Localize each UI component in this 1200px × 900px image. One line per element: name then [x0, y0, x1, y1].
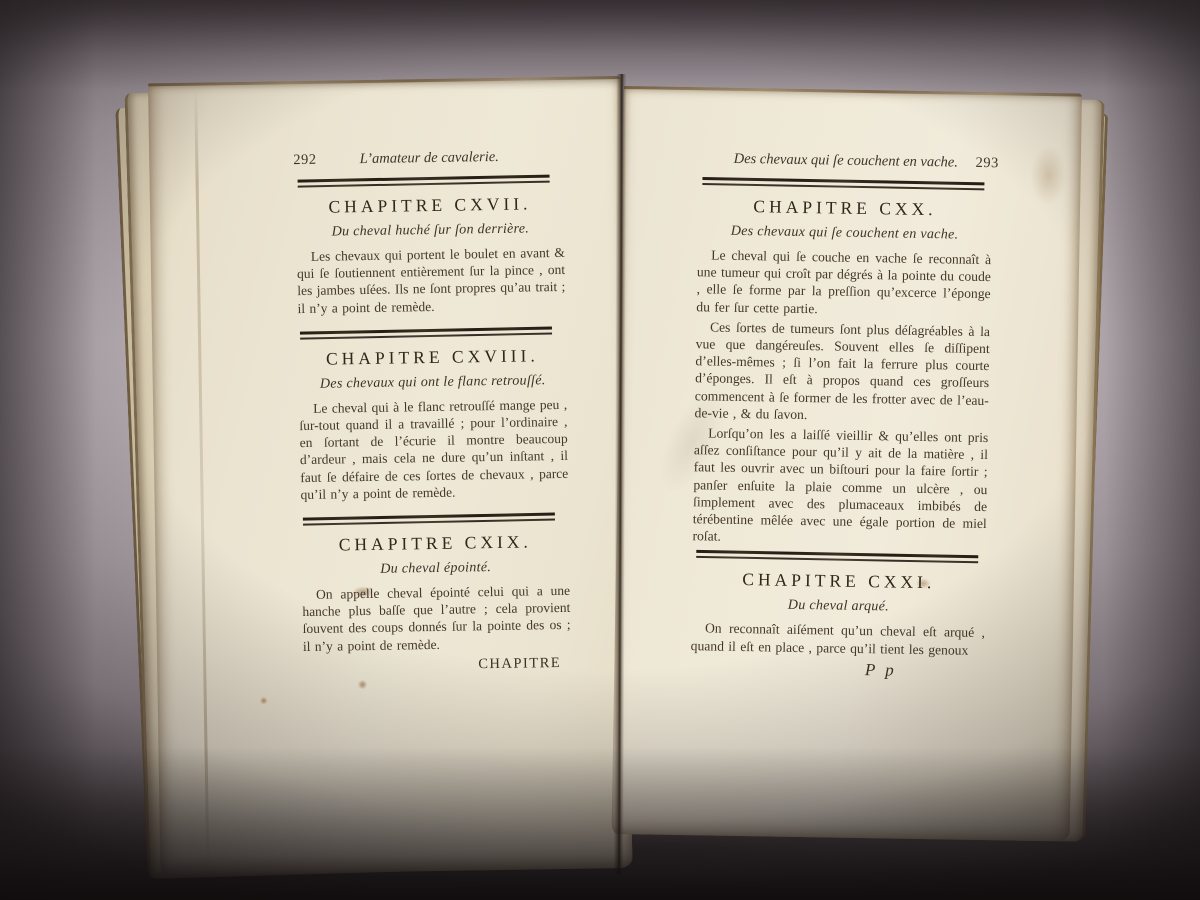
left-page-crease	[194, 89, 209, 867]
foxing-stain	[1030, 145, 1067, 206]
section-rule	[298, 175, 550, 188]
chapter-heading: CHAPITRE CXIX.	[301, 530, 569, 556]
chapter-subtitle: Du cheval arqué.	[691, 595, 985, 619]
chapter-paragraph: Les chevaux qui portent le boulet en ava…	[297, 244, 566, 317]
chapter-subtitle: Du cheval huché ſur ſon derrière.	[296, 219, 564, 242]
foxing-stain	[260, 697, 268, 705]
chapter-paragraph: Ces ſortes de tumeurs ſont plus déſagréa…	[694, 318, 990, 426]
left-page: 292 L’amateur de cavalerie. CHAPITRE CXV…	[148, 76, 632, 875]
photo-backdrop: 292 L’amateur de cavalerie. CHAPITRE CXV…	[0, 0, 1200, 900]
section-rule	[300, 326, 552, 339]
right-page: Des chevaux qui ſe couchent en vache. 29…	[612, 86, 1082, 841]
section-rule	[303, 513, 555, 526]
catchword: CHAPITRE	[303, 655, 571, 676]
right-running-head: Des chevaux qui ſe couchent en vache. 29…	[699, 149, 993, 172]
chapter-paragraph: On appelle cheval épointé celui qui a un…	[302, 582, 571, 655]
chapter-paragraph: On reconnaît aiſément qu’un cheval eſt a…	[691, 620, 986, 659]
section-rule	[702, 177, 984, 190]
running-title: Des chevaux qui ſe couchent en vache.	[734, 151, 958, 171]
chapter-heading: CHAPITRE CXVII.	[296, 192, 564, 218]
page-number: 292	[293, 151, 317, 169]
chapter-paragraph: Le cheval qui ſe couche en vache ſe reco…	[696, 246, 991, 320]
chapter-heading: CHAPITRE CXVIII.	[298, 344, 566, 370]
left-page-text-block: 292 L’amateur de cavalerie. CHAPITRE CXV…	[295, 147, 571, 676]
chapter-subtitle: Des chevaux qui ont le flanc retrouſſé.	[299, 371, 567, 394]
chapter-heading: CHAPITRE CXX.	[698, 194, 992, 221]
chapter-heading: CHAPITRE CXXI.	[692, 568, 986, 595]
chapter-paragraph: Le cheval qui à le flanc retrouſſé mange…	[299, 396, 569, 503]
left-running-head: 292 L’amateur de cavalerie.	[295, 147, 563, 169]
section-rule	[696, 550, 978, 563]
foxing-stain	[357, 680, 367, 689]
page-number: 293	[975, 154, 999, 172]
right-page-text-block: Des chevaux qui ſe couchent en vache. 29…	[690, 149, 993, 682]
signature-mark: P p	[732, 658, 1026, 683]
chapter-subtitle: Des chevaux qui ſe couchent en vache.	[697, 221, 991, 245]
chapter-paragraph: Lorſqu’on les a laiſſé vieillir & qu’ell…	[692, 424, 988, 549]
chapter-subtitle: Du cheval épointé.	[302, 557, 570, 580]
running-title: L’amateur de cavalerie.	[360, 149, 499, 167]
